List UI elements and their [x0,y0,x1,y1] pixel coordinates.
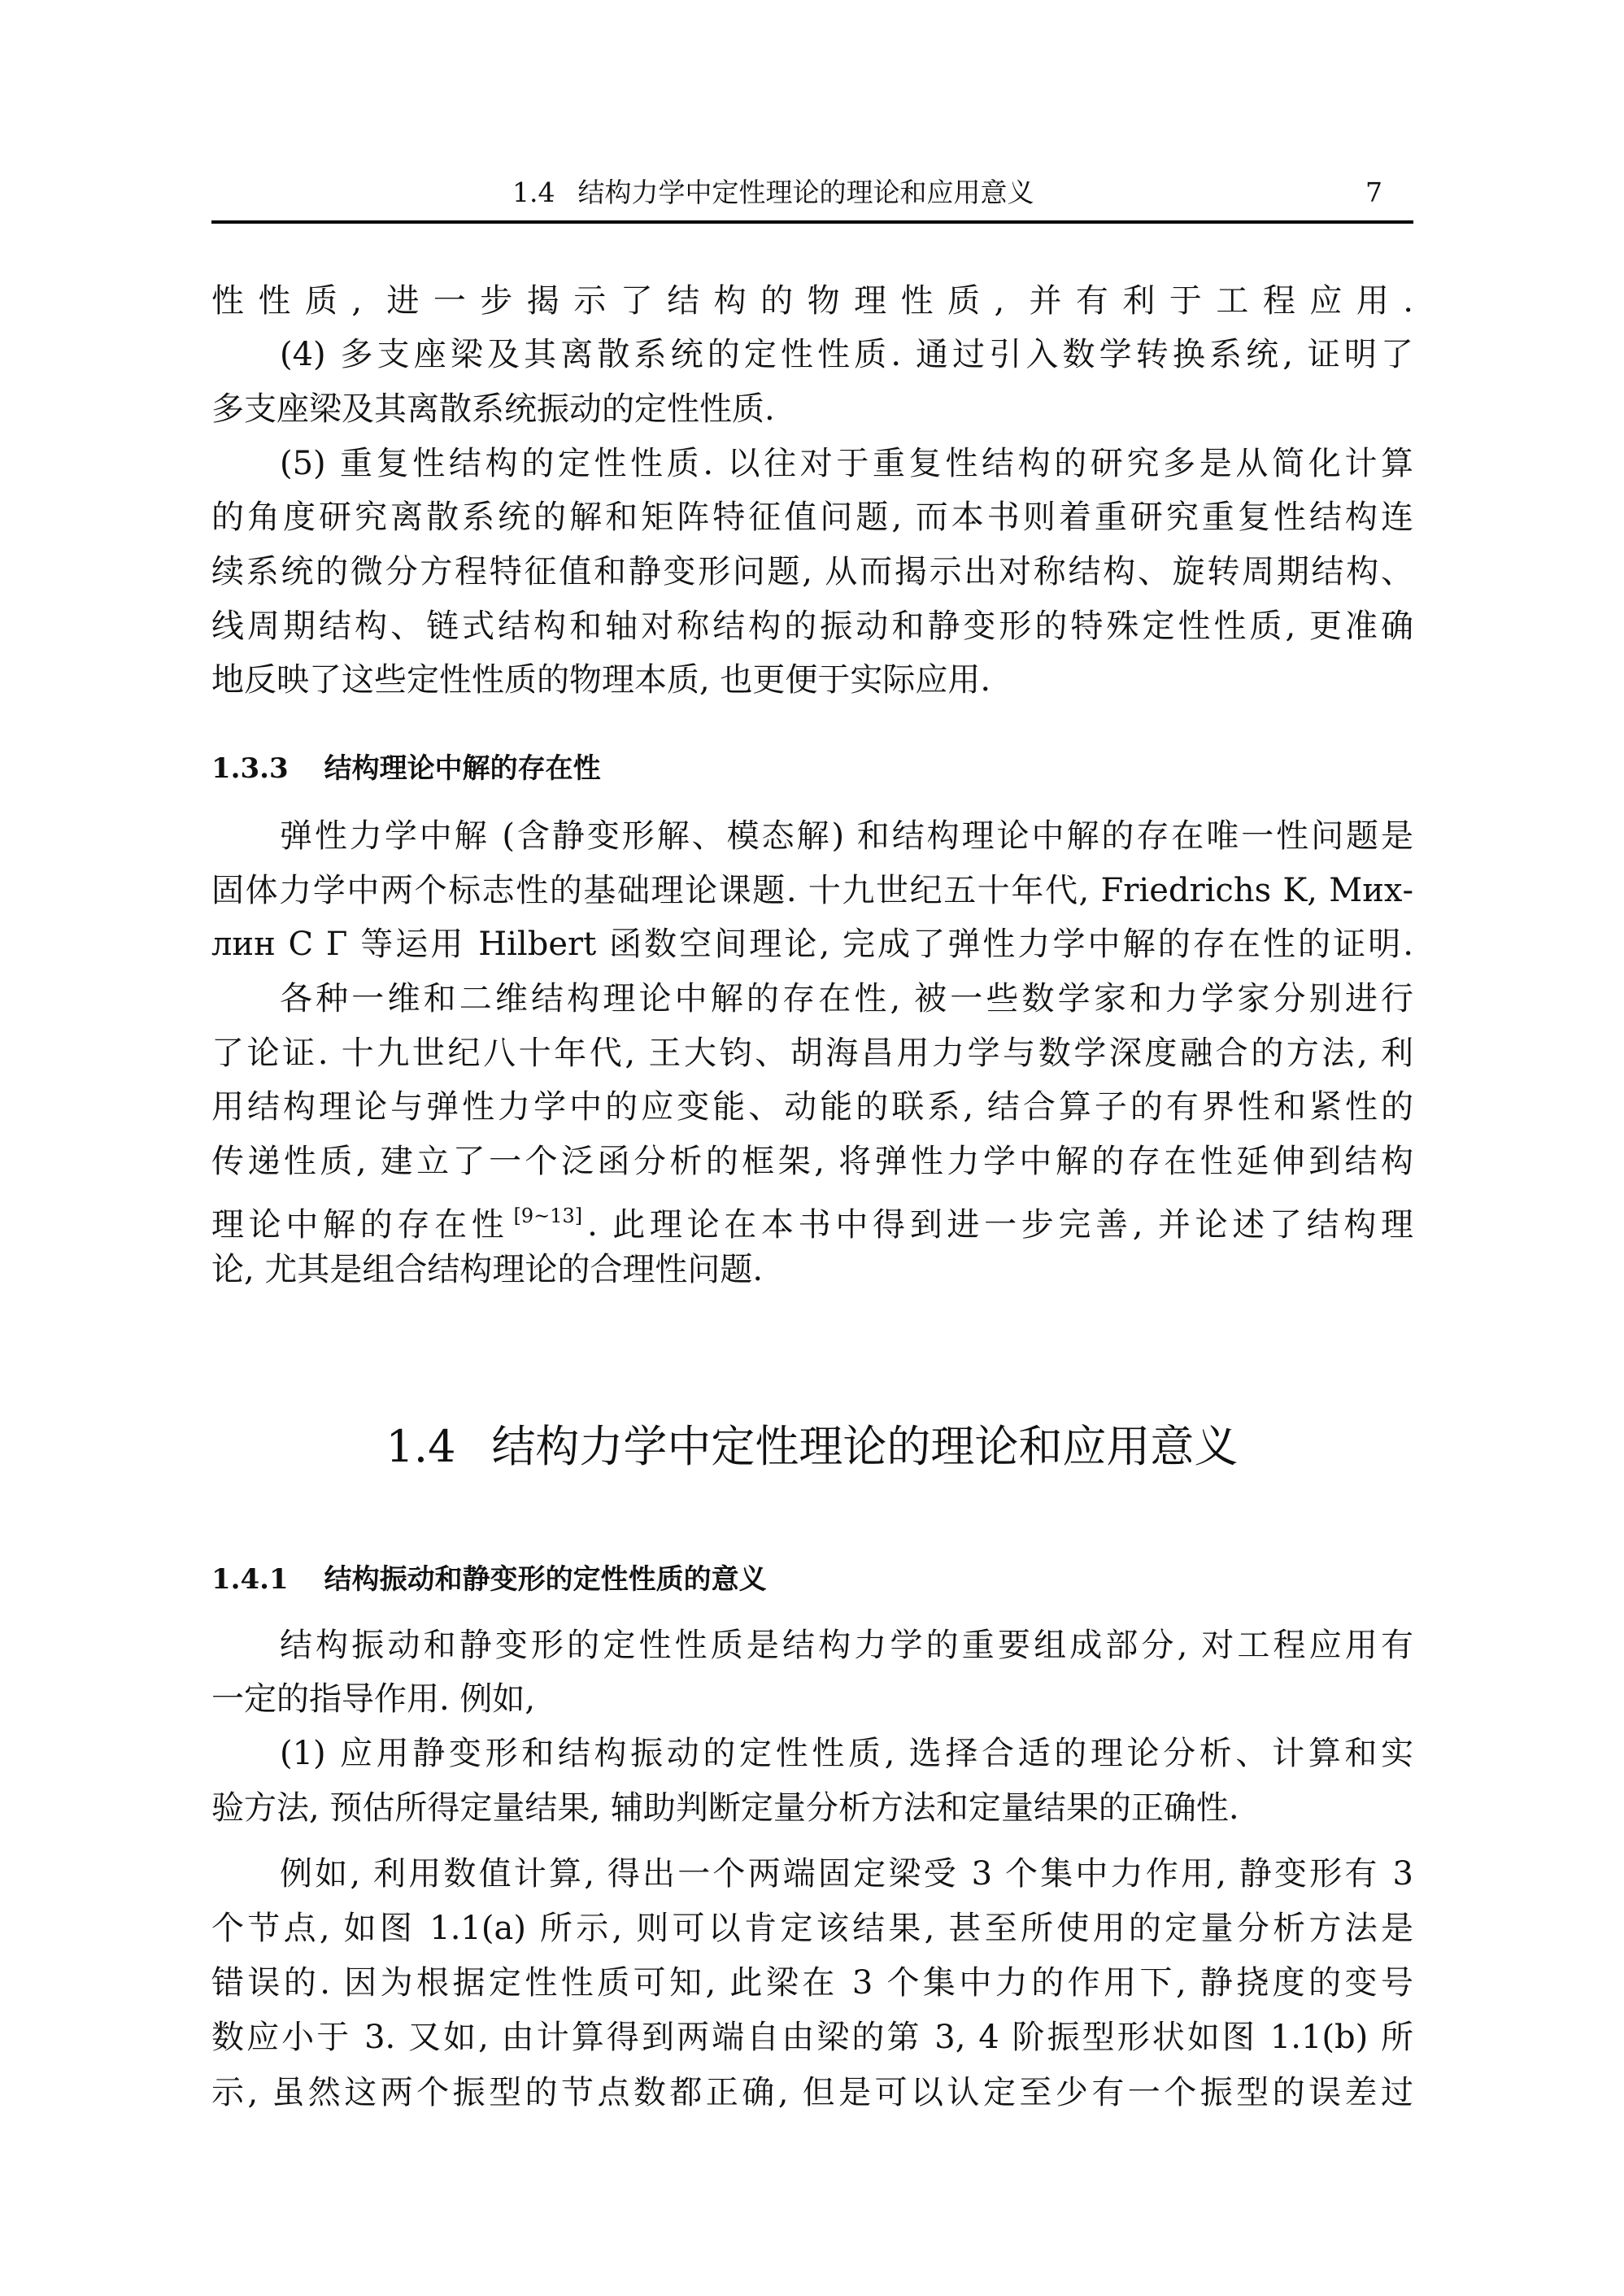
text-line: (5) 重复性结构的定性性质. 以往对于重复性结构的研究多是从简化计算 [280,444,1413,483]
text-line: (4) 多支座梁及其离散系统的定性性质. 通过引入数学转换系统, 证明了 [280,335,1413,374]
running-head-title-text: 结构力学中定性理论的理论和应用意义 [577,176,1034,208]
text-line: 数应小于 3. 又如, 由计算得到两端自由梁的第 3, 4 阶振型形状如图 1.… [211,2018,1413,2057]
citation-reference[interactable]: [9~13] [513,1205,582,1227]
text-line: 各种一维和二维结构理论中解的存在性, 被一些数学家和力学家分别进行 [280,979,1413,1018]
text-line: 个节点, 如图 1.1(a) 所示, 则可以肯定该结果, 甚至所使用的定量分析方… [211,1909,1413,1948]
text-line: 错误的. 因为根据定性性质可知, 此梁在 3 个集中力的作用下, 静挠度的变号 [211,1963,1413,2002]
text-line-with-citation: 理论中解的存在性[9~13]. 此理论在本书中得到进一步完善, 并论述了结构理 [211,1196,1413,1244]
text-line: 结构振动和静变形的定性性质是结构力学的重要组成部分, 对工程应用有 [280,1626,1413,1665]
text-line: 一定的指导作用. 例如, [211,1680,1413,1719]
subsection-number: 1.4.1 [211,1563,289,1596]
text-line: 续系统的微分方程特征值和静变形问题, 从而揭示出对称结构、旋转周期结构、 [211,552,1413,591]
text-line: 多支座梁及其离散系统振动的定性性质. [211,390,1413,429]
text-line: 地反映了这些定性性质的物理本质, 也更便于实际应用. [211,660,1413,699]
section-number: 1.4 [386,1421,456,1472]
section-heading-1-4: 1.4结构力学中定性理论的理论和应用意义 [0,1418,1624,1475]
subsection-title: 结构振动和静变形的定性性质的意义 [324,1563,767,1596]
text-line: 示, 虽然这两个振型的节点数都正确, 但是可以认定至少有一个振型的误差过 [211,2073,1413,2112]
text-line: 固体力学中两个标志性的基础理论课题. 十九世纪五十年代, Friedrichs … [211,871,1413,910]
header-rule [211,220,1413,224]
text-line: 弹性力学中解 (含静变形解、模态解) 和结构理论中解的存在唯一性问题是 [280,817,1413,856]
text-line: 性性质, 进一步揭示了结构的物理性质, 并有利于工程应用. [211,281,1413,320]
subsection-heading-1-4-1: 1.4.1结构振动和静变形的定性性质的意义 [211,1562,767,1597]
running-head: 1.4结构力学中定性理论的理论和应用意义 7 [211,172,1413,213]
text-line: (1) 应用静变形和结构振动的定性性质, 选择合适的理论分析、计算和实 [280,1734,1413,1773]
subsection-title: 结构理论中解的存在性 [324,752,601,785]
text-line: 了论证. 十九世纪八十年代, 王大钧、胡海昌用力学与数学深度融合的方法, 利 [211,1034,1413,1073]
subsection-heading-1-3-3: 1.3.3结构理论中解的存在性 [211,751,601,786]
text-line: 用结构理论与弹性力学中的应变能、动能的联系, 结合算子的有界性和紧性的 [211,1087,1413,1126]
text-segment: . 此理论在本书中得到进一步完善, 并论述了结构理 [587,1206,1413,1244]
text-line: 的角度研究离散系统的解和矩阵特征值问题, 而本书则着重研究重复性结构连 [211,498,1413,537]
text-line: 例如, 利用数值计算, 得出一个两端固定梁受 3 个集中力作用, 静变形有 3 [280,1854,1413,1893]
text-segment: 理论中解的存在性 [211,1206,508,1244]
subsection-number: 1.3.3 [211,752,289,785]
text-line: 传递性质, 建立了一个泛函分析的框架, 将弹性力学中解的存在性延伸到结构 [211,1142,1413,1181]
section-title: 结构力学中定性理论的理论和应用意义 [491,1421,1238,1472]
page-number: 7 [1365,172,1382,213]
text-line: 线周期结构、链式结构和轴对称结构的振动和静变形的特殊定性性质, 更准确 [211,607,1413,646]
running-head-title: 1.4结构力学中定性理论的理论和应用意义 [512,172,1034,213]
text-line: 论, 尤其是组合结构理论的合理性问题. [211,1250,1413,1289]
book-page: 1.4结构力学中定性理论的理论和应用意义 7 性性质, 进一步揭示了结构的物理性… [0,0,1624,2296]
text-line: 验方法, 预估所得定量结果, 辅助判断定量分析方法和定量结果的正确性. [211,1788,1413,1828]
running-head-section-number: 1.4 [512,176,555,208]
text-line: лин С Г 等运用 Hilbert 函数空间理论, 完成了弹性力学中解的存在… [211,925,1413,964]
